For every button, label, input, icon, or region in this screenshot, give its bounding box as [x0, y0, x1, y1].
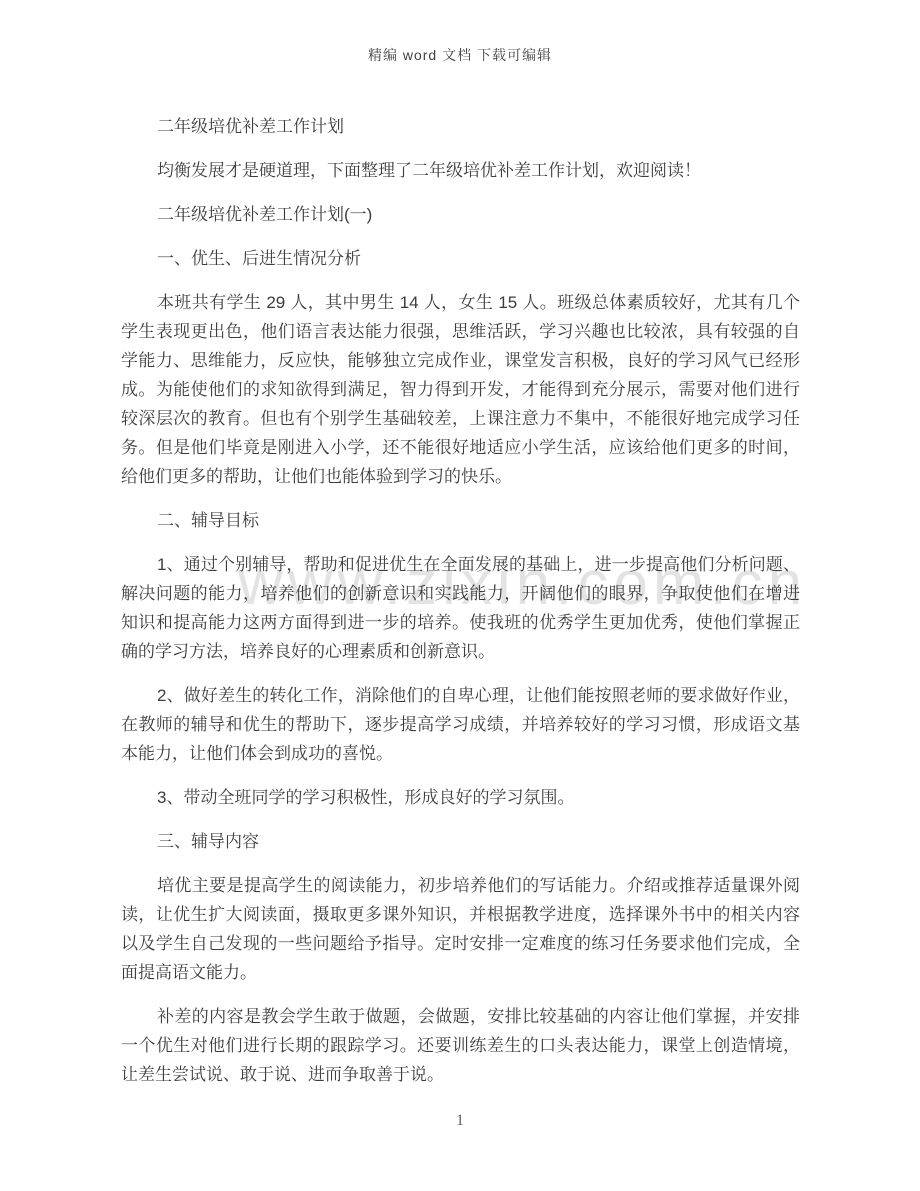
paragraph: 本班共有学生 29 人，其中男生 14 人，女生 15 人。班级总体素质较好，尤… [121, 288, 800, 491]
paragraph: 二年级培优补差工作计划 [121, 112, 800, 141]
paragraph: 均衡发展才是硬道理，下面整理了二年级培优补差工作计划，欢迎阅读！ [121, 156, 800, 185]
document-header-text: 精编 word 文档 下载可编辑 [0, 0, 920, 65]
paragraph: 二年级培优补差工作计划(一) [121, 200, 800, 229]
paragraph: 2、做好差生的转化工作，消除他们的自卑心理，让他们能按照老师的要求做好作业，在教… [121, 681, 800, 768]
paragraph: 一、优生、后进生情况分析 [121, 244, 800, 273]
page-footer: 1 [0, 1112, 920, 1130]
document-body: 二年级培优补差工作计划均衡发展才是硬道理，下面整理了二年级培优补差工作计划，欢迎… [121, 112, 800, 1089]
paragraph: 三、辅导内容 [121, 827, 800, 856]
paragraph: 培优主要是提高学生的阅读能力，初步培养他们的写话能力。介绍或推荐适量课外阅读，让… [121, 871, 800, 987]
document-page: 精编 word 文档 下载可编辑 www.zixin.com.cn 二年级培优补… [0, 0, 920, 1191]
paragraph: 1、通过个别辅导，帮助和促进优生在全面发展的基础上，进一步提高他们分析问题、解决… [121, 550, 800, 666]
paragraph: 二、辅导目标 [121, 506, 800, 535]
paragraph: 3、带动全班同学的学习积极性，形成良好的学习氛围。 [121, 783, 800, 812]
paragraph: 补差的内容是教会学生敢于做题，会做题，安排比较基础的内容让他们掌握，并安排一个优… [121, 1002, 800, 1089]
page-number: 1 [456, 1112, 464, 1129]
